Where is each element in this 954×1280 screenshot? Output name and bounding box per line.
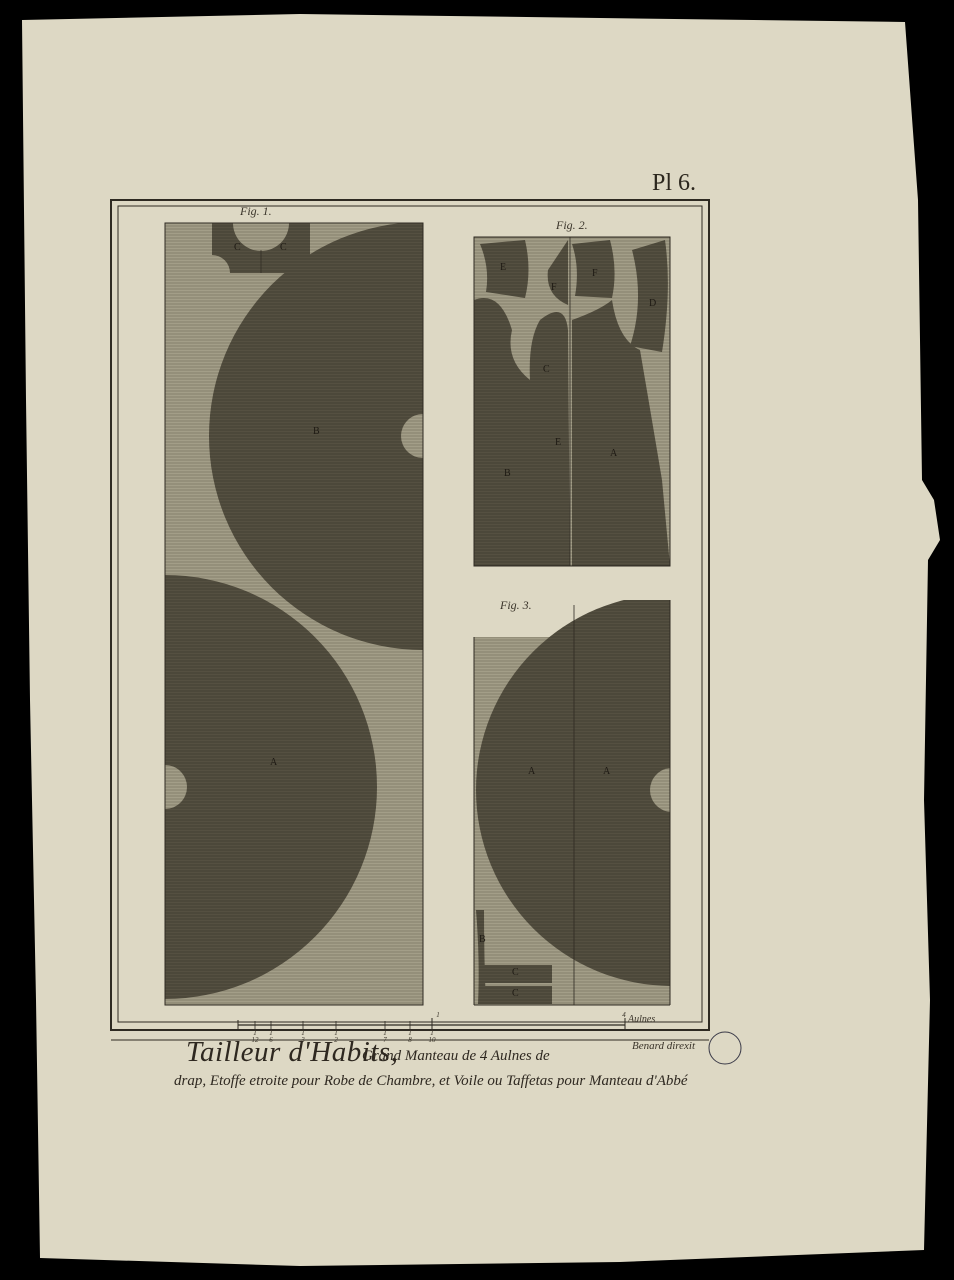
piece-label: C bbox=[543, 364, 550, 375]
piece-label: F bbox=[551, 282, 557, 293]
piece-label: C bbox=[512, 967, 519, 978]
piece-label: B bbox=[479, 934, 486, 945]
piece-label: C bbox=[234, 242, 241, 253]
piece-label: B bbox=[504, 468, 511, 479]
engraving-sheet: Pl 6. Fig. 1. Fig. 2. Fig. 3. C C B A E … bbox=[0, 0, 954, 1280]
piece-label: A bbox=[610, 448, 617, 459]
figure-2-panel bbox=[474, 237, 670, 566]
caption-line-1: Grand Manteau de 4 Aulnes de bbox=[362, 1048, 550, 1065]
piece-label: C bbox=[280, 242, 287, 253]
piece-label: A bbox=[270, 757, 277, 768]
plate-number: Pl 6. bbox=[652, 170, 696, 197]
engraver-credit: Benard direxit bbox=[632, 1040, 695, 1052]
piece-label: C bbox=[512, 988, 519, 999]
piece-label: F bbox=[592, 268, 598, 279]
piece-label: A bbox=[603, 766, 610, 777]
scale-tick-label: 18 bbox=[404, 1030, 416, 1044]
scale-tick-label: 110 bbox=[426, 1030, 438, 1044]
figure-2-label: Fig. 2. bbox=[556, 218, 588, 233]
piece-label: E bbox=[500, 262, 506, 273]
scale-mid-value: 1 bbox=[432, 1012, 444, 1019]
piece-label: B bbox=[313, 426, 320, 437]
figure-3-label: Fig. 3. bbox=[500, 598, 532, 613]
piece-label: E bbox=[555, 437, 561, 448]
piece-label: D bbox=[649, 298, 656, 309]
caption-line-2: drap, Etoffe etroite pour Robe de Chambr… bbox=[174, 1073, 688, 1090]
scale-unit-label: Aulnes bbox=[628, 1014, 655, 1025]
piece-label: A bbox=[528, 766, 535, 777]
figure-1-label: Fig. 1. bbox=[240, 204, 272, 219]
